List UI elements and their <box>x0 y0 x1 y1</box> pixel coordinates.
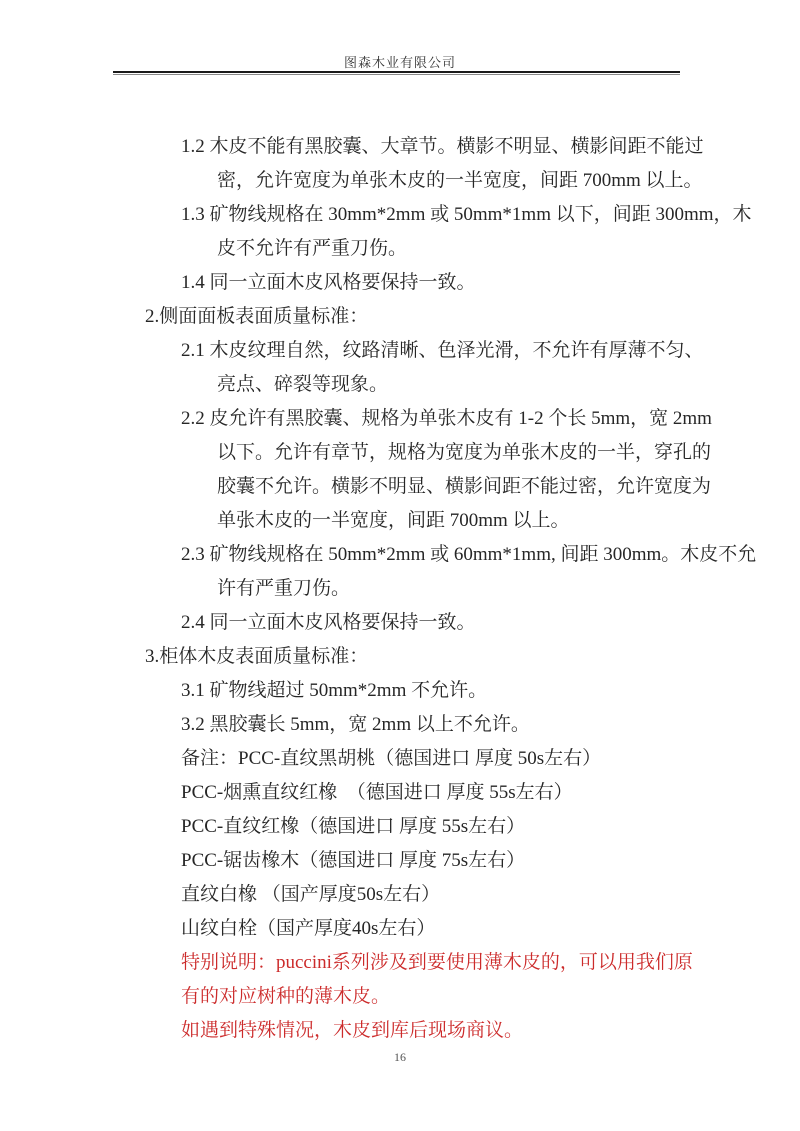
document-page: 图森木业有限公司 1.2 木皮不能有黑胶囊、大章节。横影不明显、横影间距不能过密… <box>0 0 800 1131</box>
text-line: 2.1 木皮纹理自然，纹路清晰、色泽光滑，不允许有厚薄不匀、 <box>0 334 800 368</box>
document-body: 1.2 木皮不能有黑胶囊、大章节。横影不明显、横影间距不能过密，允许宽度为单张木… <box>0 130 800 1048</box>
text-line: 密，允许宽度为单张木皮的一半宽度，间距 700mm 以上。 <box>0 164 800 198</box>
text-line: 胶囊不允许。横影不明显、横影间距不能过密，允许宽度为 <box>0 470 800 504</box>
text-line: PCC-直纹红橡（德国进口 厚度 55s左右） <box>0 810 800 844</box>
text-line: 1.3 矿物线规格在 30mm*2mm 或 50mm*1mm 以下，间距 300… <box>0 198 800 232</box>
text-line: PCC-烟熏直纹红橡 （德国进口 厚度 55s左右） <box>0 776 800 810</box>
text-line: 如遇到特殊情况，木皮到库后现场商议。 <box>0 1014 800 1048</box>
text-line: 以下。允许有章节，规格为宽度为单张木皮的一半，穿孔的 <box>0 436 800 470</box>
text-line: 3.2 黑胶囊长 5mm，宽 2mm 以上不允许。 <box>0 708 800 742</box>
text-line: 2.侧面面板表面质量标准： <box>0 300 800 334</box>
text-line: 许有严重刀伤。 <box>0 572 800 606</box>
text-line: 特别说明：puccini系列涉及到要使用薄木皮的，可以用我们原 <box>0 946 800 980</box>
text-line: 直纹白橡 （国产厚度50s左右） <box>0 878 800 912</box>
text-line: 1.2 木皮不能有黑胶囊、大章节。横影不明显、横影间距不能过 <box>0 130 800 164</box>
text-line: 单张木皮的一半宽度，间距 700mm 以上。 <box>0 504 800 538</box>
text-line: 皮不允许有严重刀伤。 <box>0 232 800 266</box>
text-line: 2.4 同一立面木皮风格要保持一致。 <box>0 606 800 640</box>
text-line: 备注：PCC-直纹黑胡桃（德国进口 厚度 50s左右） <box>0 742 800 776</box>
header-company-name: 图森木业有限公司 <box>0 52 800 71</box>
text-line: 1.4 同一立面木皮风格要保持一致。 <box>0 266 800 300</box>
text-line: 2.2 皮允许有黑胶囊、规格为单张木皮有 1-2 个长 5mm，宽 2mm <box>0 402 800 436</box>
text-line: 3.柜体木皮表面质量标准： <box>0 640 800 674</box>
text-line: 亮点、碎裂等现象。 <box>0 368 800 402</box>
text-line: 2.3 矿物线规格在 50mm*2mm 或 60mm*1mm, 间距 300mm… <box>0 538 800 572</box>
text-line: PCC-锯齿橡木（德国进口 厚度 75s左右） <box>0 844 800 878</box>
text-line: 3.1 矿物线超过 50mm*2mm 不允许。 <box>0 674 800 708</box>
text-line: 有的对应树种的薄木皮。 <box>0 980 800 1014</box>
text-line: 山纹白栓（国产厚度40s左右） <box>0 912 800 946</box>
page-number: 16 <box>0 1050 800 1065</box>
header-divider-line <box>113 71 680 75</box>
